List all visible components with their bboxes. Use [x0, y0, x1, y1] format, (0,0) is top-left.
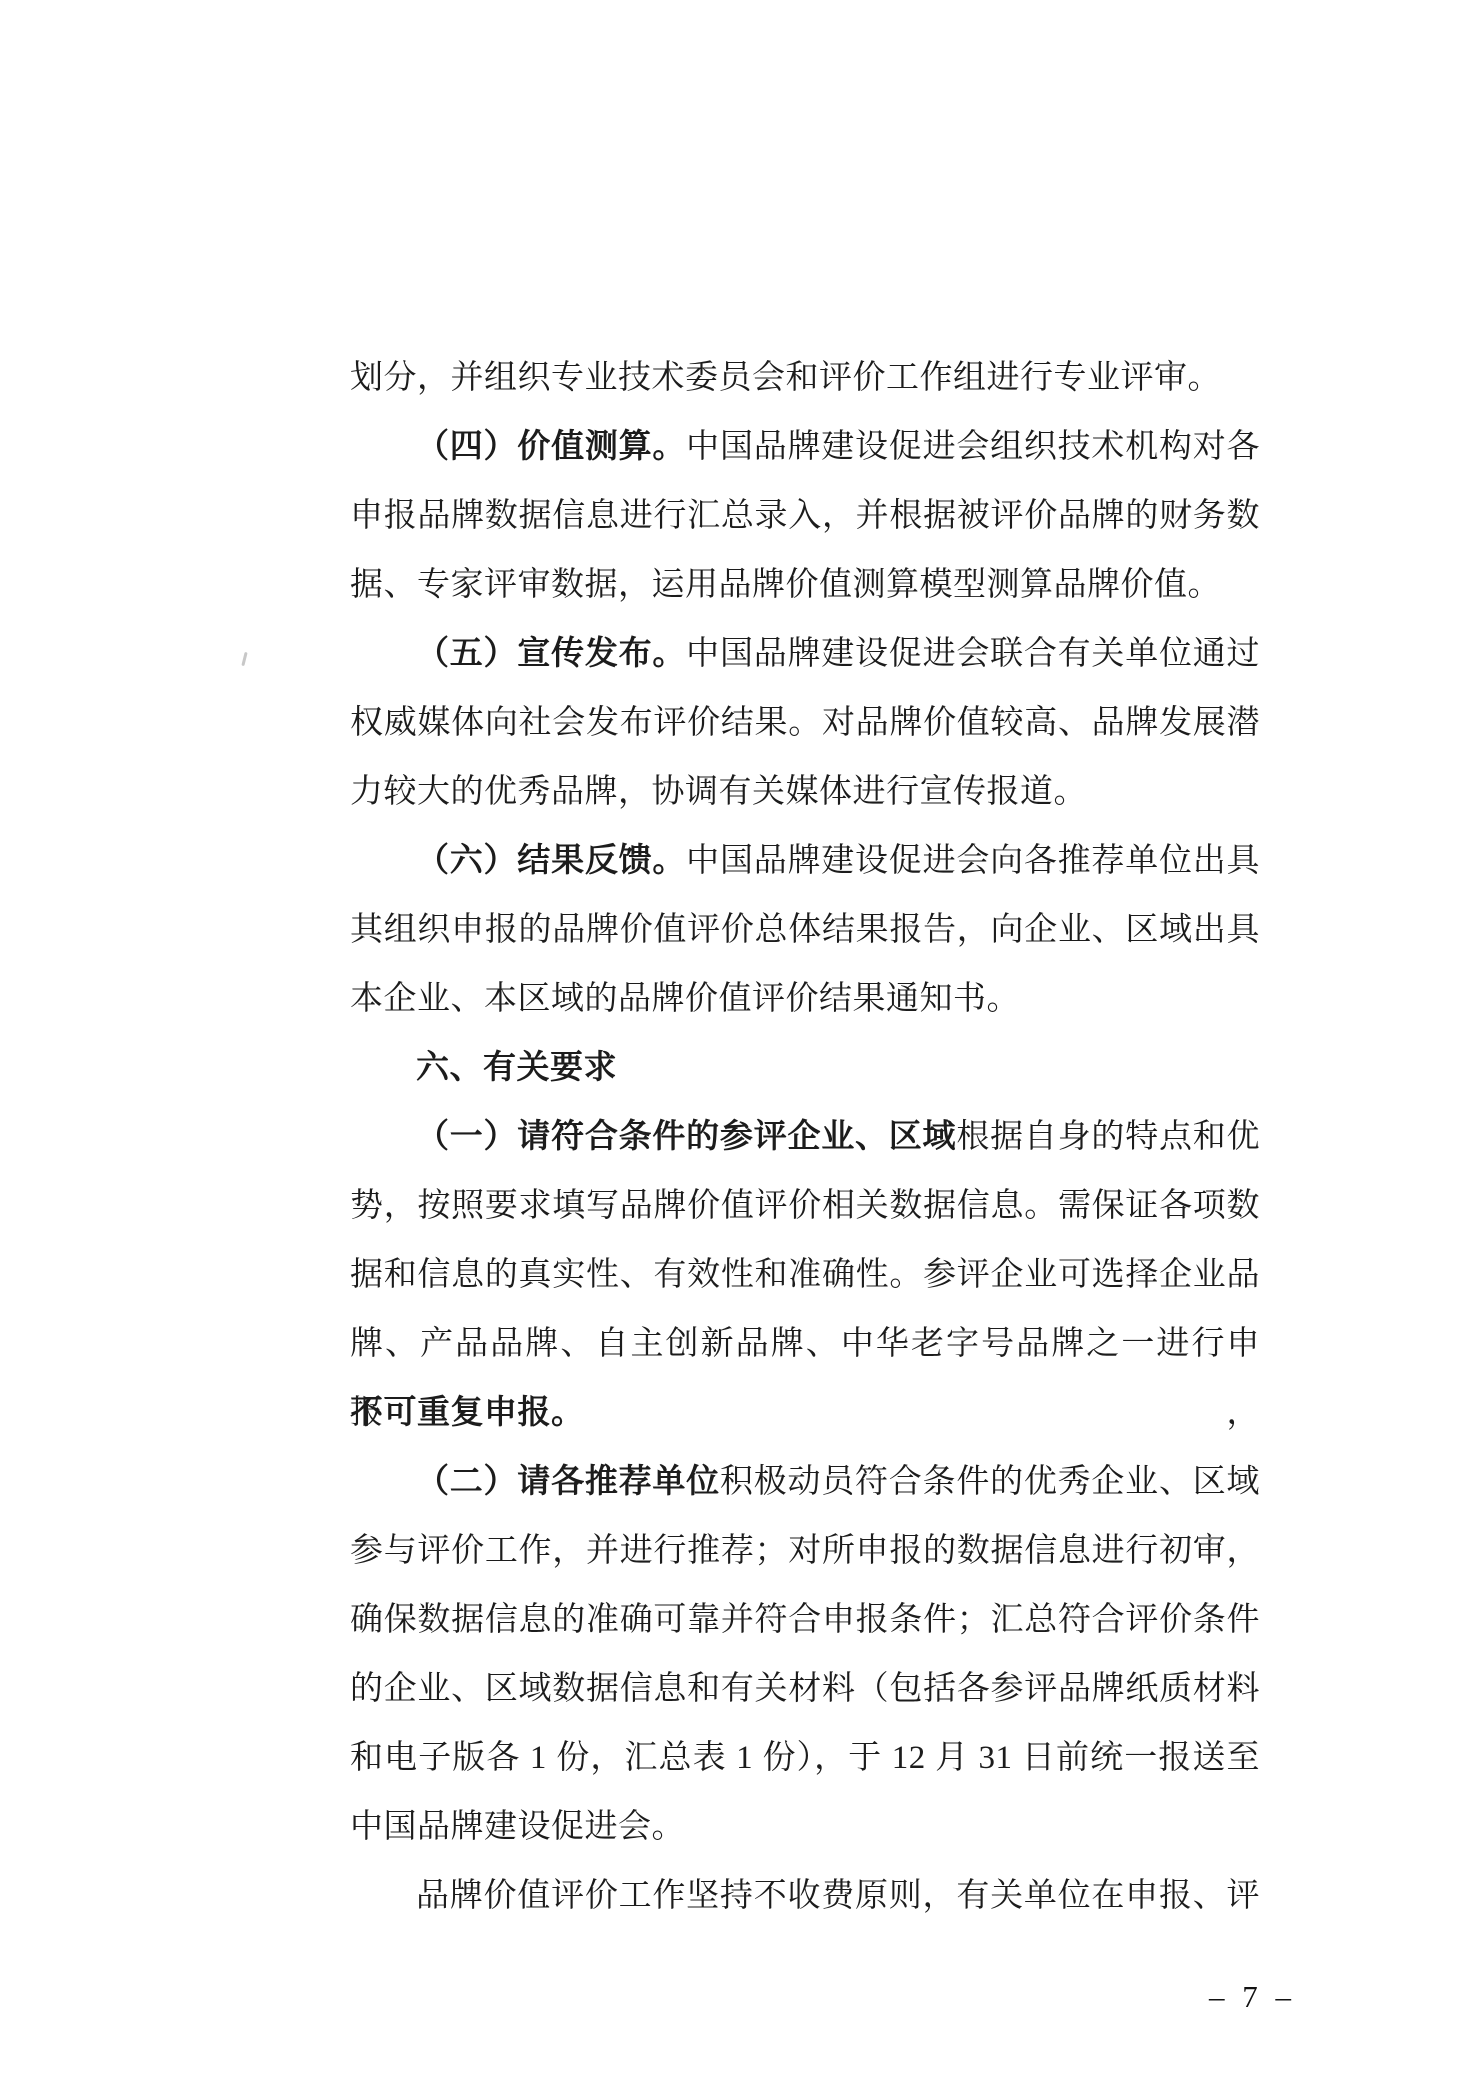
text-line: 本企业、本区域的品牌价值评价结果通知书。	[350, 965, 1260, 1034]
text-segment: 据和信息的真实性、有效性和准确性。参评企业可选择企业品	[350, 1257, 1260, 1293]
text-line: （六）结果反馈。中国品牌建设促进会向各推荐单位出具	[350, 827, 1260, 896]
bold-text-segment: （二）请各推荐单位	[416, 1464, 720, 1500]
text-segment: 中国品牌建设促进会联合有关单位通过	[686, 636, 1260, 672]
text-line: 申报品牌数据信息进行汇总录入，并根据被评价品牌的财务数	[350, 482, 1260, 551]
bold-text-segment: （一）请符合条件的参评企业、区域	[416, 1119, 956, 1155]
bold-text-segment: 不可重复申报。	[350, 1395, 585, 1431]
text-segment: 本企业、本区域的品牌价值评价结果通知书。	[350, 981, 1020, 1017]
text-line: 和电子版各 1 份，汇总表 1 份），于 12 月 31 日前统一报送至	[350, 1724, 1260, 1793]
text-segment: 和电子版各 1 份，汇总表 1 份），于 12 月 31 日前统一报送至	[350, 1740, 1260, 1776]
text-segment: 积极动员符合条件的优秀企业、区域	[720, 1464, 1260, 1500]
text-line: 品牌价值评价工作坚持不收费原则，有关单位在申报、评	[350, 1862, 1260, 1931]
text-line: 牌、产品品牌、自主创新品牌、中华老字号品牌之一进行申报，	[350, 1310, 1260, 1379]
text-line: 其组织申报的品牌价值评价总体结果报告，向企业、区域出具	[350, 896, 1260, 965]
page-number: – 7 –	[1170, 1972, 1330, 2022]
text-line: 据、专家评审数据，运用品牌价值测算模型测算品牌价值。	[350, 551, 1260, 620]
text-segment: 的企业、区域数据信息和有关材料（包括各参评品牌纸质材料	[350, 1671, 1260, 1707]
text-line: 据和信息的真实性、有效性和准确性。参评企业可选择企业品	[350, 1241, 1260, 1310]
text-line: 六、有关要求	[350, 1034, 1260, 1103]
text-segment: 据、专家评审数据，运用品牌价值测算模型测算品牌价值。	[350, 567, 1221, 603]
text-line: （二）请各推荐单位积极动员符合条件的优秀企业、区域	[350, 1448, 1260, 1517]
text-line: 划分，并组织专业技术委员会和评价工作组进行专业评审。	[350, 344, 1260, 413]
text-segment: 根据自身的特点和优	[956, 1119, 1260, 1155]
scanned-document-page: 划分，并组织专业技术委员会和评价工作组进行专业评审。（四）价值测算。中国品牌建设…	[0, 0, 1481, 2094]
text-line: 势，按照要求填写品牌价值评价相关数据信息。需保证各项数	[350, 1172, 1260, 1241]
text-segment: 中国品牌建设促进会。	[350, 1809, 685, 1845]
text-segment: 力较大的优秀品牌，协调有关媒体进行宣传报道。	[350, 774, 1087, 810]
text-segment: 中国品牌建设促进会组织技术机构对各	[686, 429, 1260, 465]
document-body: 划分，并组织专业技术委员会和评价工作组进行专业评审。（四）价值测算。中国品牌建设…	[350, 344, 1260, 1931]
text-line: （五）宣传发布。中国品牌建设促进会联合有关单位通过	[350, 620, 1260, 689]
scan-artifact	[241, 652, 247, 666]
text-segment: 确保数据信息的准确可靠并符合申报条件；汇总符合评价条件	[350, 1602, 1260, 1638]
bold-text-segment: （五）宣传发布。	[416, 636, 686, 672]
text-segment: 势，按照要求填写品牌价值评价相关数据信息。需保证各项数	[350, 1188, 1260, 1224]
text-segment: 中国品牌建设促进会向各推荐单位出具	[686, 843, 1260, 879]
bold-text-segment: 六、有关要求	[416, 1050, 617, 1086]
text-segment: 其组织申报的品牌价值评价总体结果报告，向企业、区域出具	[350, 912, 1260, 948]
text-segment: 参与评价工作，并进行推荐；对所申报的数据信息进行初审，	[350, 1533, 1260, 1569]
text-segment: 划分，并组织专业技术委员会和评价工作组进行专业评审。	[350, 360, 1221, 396]
bold-text-segment: （四）价值测算。	[416, 429, 686, 465]
text-line: 确保数据信息的准确可靠并符合申报条件；汇总符合评价条件	[350, 1586, 1260, 1655]
text-line: 力较大的优秀品牌，协调有关媒体进行宣传报道。	[350, 758, 1260, 827]
text-segment: 申报品牌数据信息进行汇总录入，并根据被评价品牌的财务数	[350, 498, 1260, 534]
text-segment: 品牌价值评价工作坚持不收费原则，有关单位在申报、评	[416, 1878, 1260, 1914]
text-line: （四）价值测算。中国品牌建设促进会组织技术机构对各	[350, 413, 1260, 482]
text-line: （一）请符合条件的参评企业、区域根据自身的特点和优	[350, 1103, 1260, 1172]
text-segment: 权威媒体向社会发布评价结果。对品牌价值较高、品牌发展潜	[350, 705, 1260, 741]
text-line: 中国品牌建设促进会。	[350, 1793, 1260, 1862]
text-line: 权威媒体向社会发布评价结果。对品牌价值较高、品牌发展潜	[350, 689, 1260, 758]
bold-text-segment: （六）结果反馈。	[416, 843, 686, 879]
text-line: 的企业、区域数据信息和有关材料（包括各参评品牌纸质材料	[350, 1655, 1260, 1724]
text-line: 参与评价工作，并进行推荐；对所申报的数据信息进行初审，	[350, 1517, 1260, 1586]
